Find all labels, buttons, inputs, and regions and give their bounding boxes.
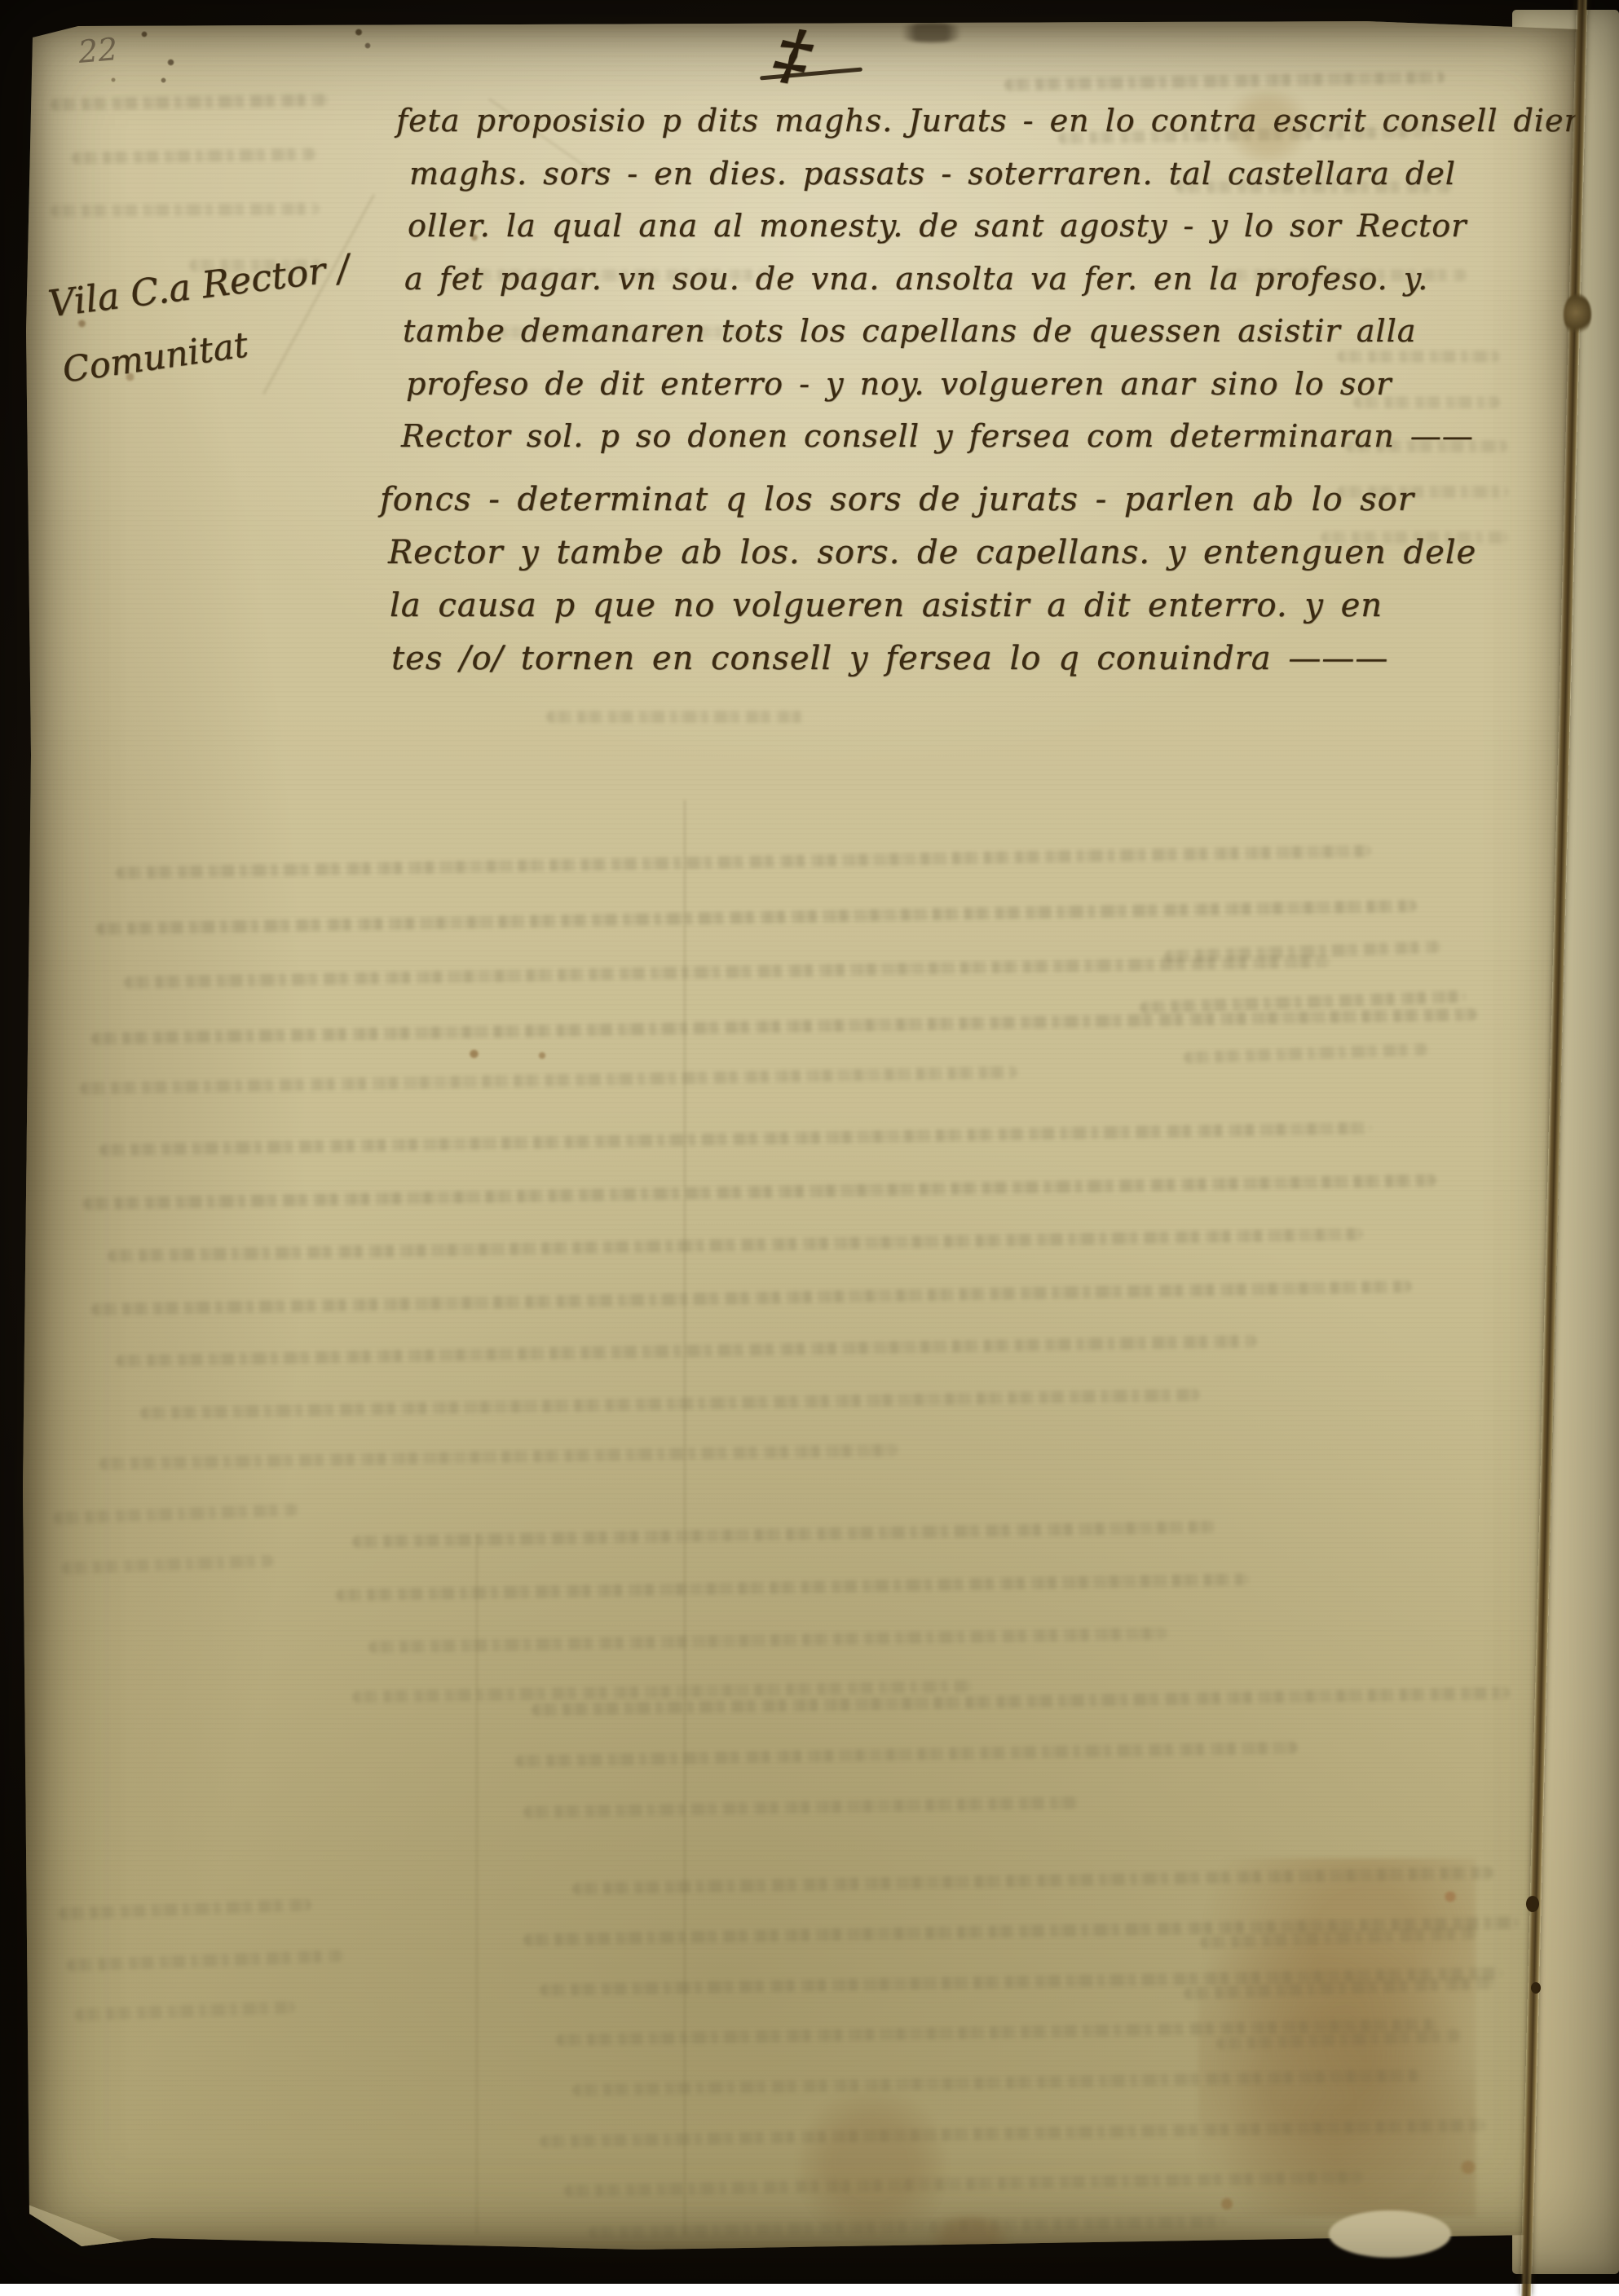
entry-paragraph-2: foncs - determinat q los sors de jurats … xyxy=(380,481,1476,693)
manuscript-line: tambe demanaren tots los capellans de qu… xyxy=(403,313,1598,366)
stain xyxy=(1459,2160,1477,2175)
paper-flaw-on-fold xyxy=(1564,293,1591,336)
stain xyxy=(538,1051,546,1060)
manuscript-line: tes /o/ tornen en consell y fersea lo q … xyxy=(391,640,1476,693)
manuscript-line: maghs. sors - en dies. passats - soterra… xyxy=(409,156,1598,209)
underlying-page-corner xyxy=(1329,2210,1451,2258)
manuscript-line: foncs - determinat q los sors de jurats … xyxy=(380,481,1476,534)
stain xyxy=(161,77,166,83)
manuscript-page: 22 ‡ Vila C.a Rector / Comunitat feta pr… xyxy=(21,21,1582,2250)
stain xyxy=(111,77,116,82)
stain xyxy=(141,31,148,37)
manuscript-line: a fet pagar. vn sou. de vna. ansolta va … xyxy=(404,261,1598,314)
stain xyxy=(921,2217,1019,2266)
ink-speck xyxy=(1531,1982,1541,1994)
stain xyxy=(167,59,174,66)
stain xyxy=(1443,1891,1458,1902)
manuscript-line: profeso de dit enterro - y noy. volguere… xyxy=(406,366,1598,419)
stain xyxy=(469,1049,479,1059)
entry-paragraph-1: feta proposisio p dits maghs. Jurats - e… xyxy=(396,103,1598,471)
manuscript-line: oller. la qual ana al monesty. de sant a… xyxy=(408,208,1598,261)
manuscript-line: Rector sol. p so donen consell y fersea … xyxy=(401,418,1598,471)
stain xyxy=(364,42,371,49)
stain xyxy=(893,23,970,42)
manuscript-line: feta proposisio p dits maghs. Jurats - e… xyxy=(396,103,1598,156)
stain xyxy=(1220,2197,1233,2211)
stain xyxy=(799,2087,946,2241)
manuscript-line: la causa p que no volgueren asistir a di… xyxy=(390,587,1476,640)
manuscript-line: Rector y tambe ab los. sors. de capellan… xyxy=(388,534,1476,587)
ink-speck xyxy=(1526,1896,1539,1912)
photograph-background: 22 ‡ Vila C.a Rector / Comunitat feta pr… xyxy=(0,0,1619,2284)
stain xyxy=(355,29,363,36)
